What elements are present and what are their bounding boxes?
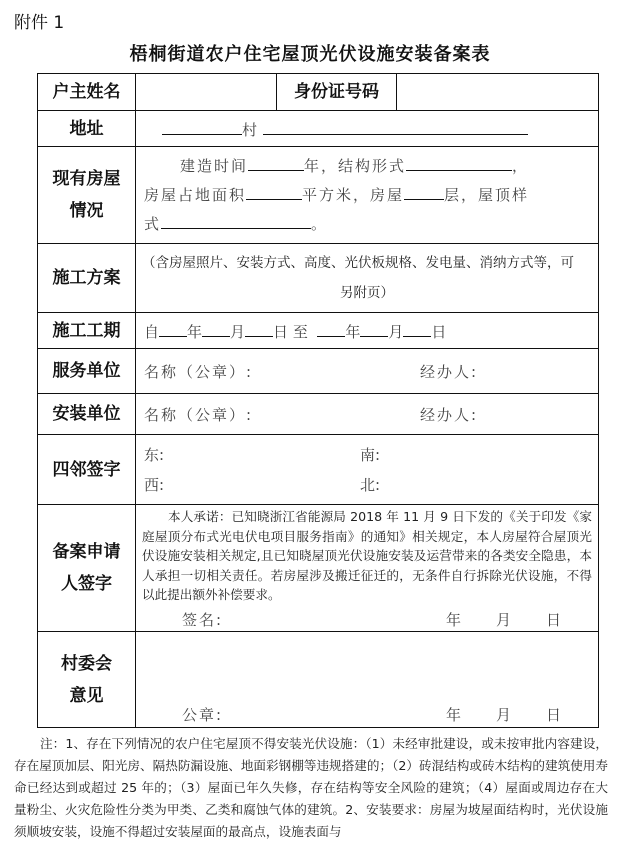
pledge-text: 本人承诺：已知晓浙江省能源局 2018 年 11 月 9 日下发的《关于印发《家…	[136, 505, 598, 605]
start-year-blank[interactable]	[159, 320, 187, 337]
village-suffix: 村	[242, 121, 257, 139]
period-label: 施工工期	[38, 313, 136, 349]
owner-name-field[interactable]	[136, 74, 277, 111]
registration-form: 户主姓名 身份证号码 地址 村 现有房屋情况 建造时间年，结构形式， 房屋占地面…	[37, 73, 599, 728]
end-day-blank[interactable]	[403, 320, 431, 337]
service-unit-label: 服务单位	[38, 349, 136, 394]
village-seal: 公章: 年 月 日	[136, 704, 598, 727]
applicant-label: 备案申请人签字	[38, 505, 136, 632]
applicant-field: 本人承诺：已知晓浙江省能源局 2018 年 11 月 9 日下发的《关于印发《家…	[136, 505, 599, 632]
neighbors-label: 四邻签字	[38, 435, 136, 505]
neighbors-field[interactable]: 东:南: 西:北:	[136, 435, 599, 505]
service-unit-field[interactable]: 名称（公章）:经办人:	[136, 349, 599, 394]
address-field[interactable]: 村	[136, 111, 599, 147]
install-unit-label: 安装单位	[38, 394, 136, 435]
village-label: 村委会意见	[38, 632, 136, 728]
area-blank[interactable]	[246, 183, 302, 200]
plan-label: 施工方案	[38, 244, 136, 313]
village-opinion-field[interactable]: 公章: 年 月 日	[136, 632, 599, 728]
address-label: 地址	[38, 111, 136, 147]
address-detail-blank[interactable]	[263, 118, 528, 135]
notes-text: 注：1、存在下列情况的农户住宅屋顶不得安装光伏设施：（1）未经审批建设，或未按审…	[14, 733, 608, 842]
owner-name-label: 户主姓名	[38, 74, 136, 111]
install-unit-field[interactable]: 名称（公章）:经办人:	[136, 394, 599, 435]
end-month-blank[interactable]	[360, 320, 388, 337]
end-year-blank[interactable]	[317, 320, 345, 337]
start-month-blank[interactable]	[202, 320, 230, 337]
roof-style-blank[interactable]	[161, 212, 311, 229]
plan-field[interactable]: （含房屋照片、安装方式、高度、光伏板规格、发电量、消纳方式等，可 另附页）	[136, 244, 599, 313]
page-title: 梧桐街道农户住宅屋顶光伏设施安装备案表	[0, 40, 620, 66]
applicant-signature[interactable]: 签名: 年 月 日	[136, 605, 598, 630]
id-number-field[interactable]	[397, 74, 599, 111]
floors-blank[interactable]	[404, 183, 444, 200]
village-name-blank[interactable]	[162, 118, 242, 135]
start-day-blank[interactable]	[245, 320, 273, 337]
attachment-label: 附件 1	[14, 8, 64, 33]
id-number-label: 身份证号码	[277, 74, 397, 111]
house-label: 现有房屋情况	[38, 147, 136, 244]
build-year-blank[interactable]	[248, 154, 304, 171]
structure-blank[interactable]	[406, 154, 512, 171]
house-info: 建造时间年，结构形式， 房屋占地面积平方米，房屋层，屋顶样 式。	[136, 147, 599, 244]
period-field: 自年月日 至 年月日	[136, 313, 599, 349]
